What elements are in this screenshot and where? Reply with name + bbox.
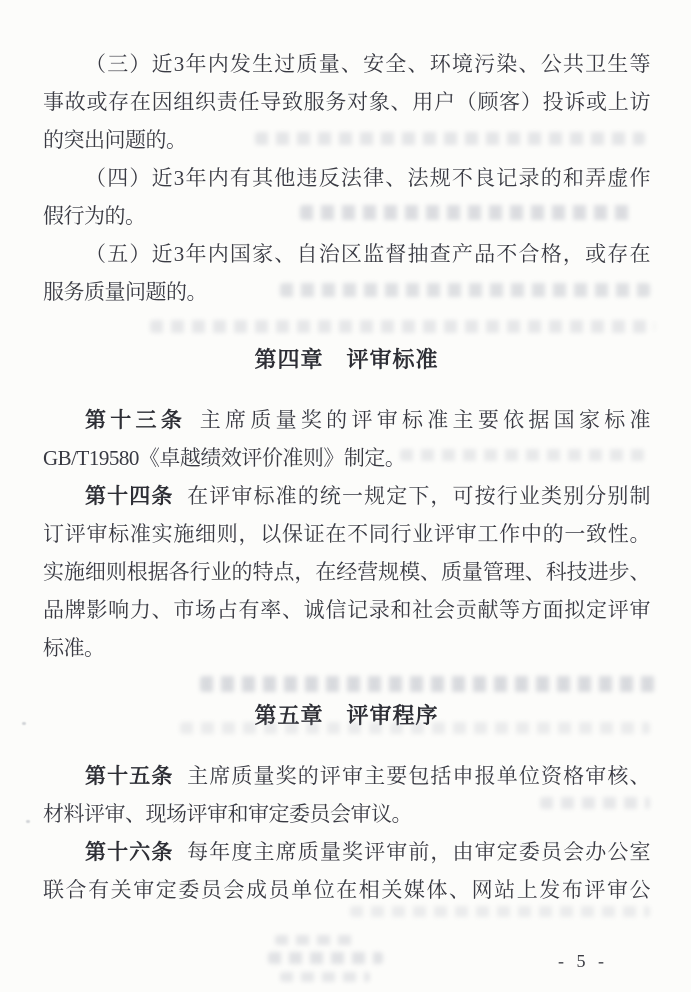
- text-line: 假行为的。: [43, 197, 650, 235]
- text-line: 事故或存在因组织责任导致服务对象、用户（顾客）投诉或上访: [43, 83, 650, 121]
- text-line: 服务质量问题的。: [43, 273, 650, 311]
- text-line: （四）近3年内有其他违反法律、法规不良记录的和弄虚作: [43, 159, 650, 197]
- text-line: 实施细则根据各行业的特点，在经营规模、质量管理、科技进步、: [43, 553, 650, 591]
- text-line: 的突出问题的。: [43, 121, 650, 159]
- article-number: 第十四条: [85, 484, 173, 508]
- chapter-heading: 第五章 评审程序: [43, 697, 650, 735]
- text-line: 第十五条主席质量奖的评审主要包括申报单位资格审核、: [43, 757, 650, 795]
- bleed-through-artifact: [275, 935, 355, 945]
- text-line: 第十四条在评审标准的统一规定下，可按行业类别分别制: [43, 477, 650, 515]
- text-line: 标准。: [43, 629, 650, 667]
- article-number: 第十三条: [85, 408, 186, 432]
- scan-speck-artifact: [22, 722, 26, 725]
- page-number: - 5 -: [558, 951, 608, 972]
- text-line: 第十三条主席质量奖的评审标准主要依据国家标准: [43, 401, 650, 439]
- text-line: （三）近3年内发生过质量、安全、环境污染、公共卫生等: [43, 45, 650, 83]
- text-line: 联合有关审定委员会成员单位在相关媒体、网站上发布评审公: [43, 871, 650, 909]
- scanned-document-page: （三）近3年内发生过质量、安全、环境污染、公共卫生等事故或存在因组织责任导致服务…: [0, 0, 691, 992]
- document-body: （三）近3年内发生过质量、安全、环境污染、公共卫生等事故或存在因组织责任导致服务…: [43, 45, 650, 909]
- text-line: GB/T19580《卓越绩效评价准则》制定。: [43, 439, 650, 477]
- text-line: 材料评审、现场评审和审定委员会审议。: [43, 795, 650, 833]
- text-line: 品牌影响力、市场占有率、诚信记录和社会贡献等方面拟定评审: [43, 591, 650, 629]
- article-number: 第十五条: [85, 764, 173, 788]
- bleed-through-artifact: [268, 952, 383, 964]
- chapter-heading: 第四章 评审标准: [43, 341, 650, 379]
- scan-speck-artifact: [26, 820, 30, 823]
- bleed-through-artifact: [280, 972, 370, 982]
- text-line: 订评审标准实施细则，以保证在不同行业评审工作中的一致性。: [43, 515, 650, 553]
- text-line: （五）近3年内国家、自治区监督抽查产品不合格，或存在: [43, 235, 650, 273]
- article-number: 第十六条: [85, 840, 173, 864]
- text-line: 第十六条每年度主席质量奖评审前，由审定委员会办公室: [43, 833, 650, 871]
